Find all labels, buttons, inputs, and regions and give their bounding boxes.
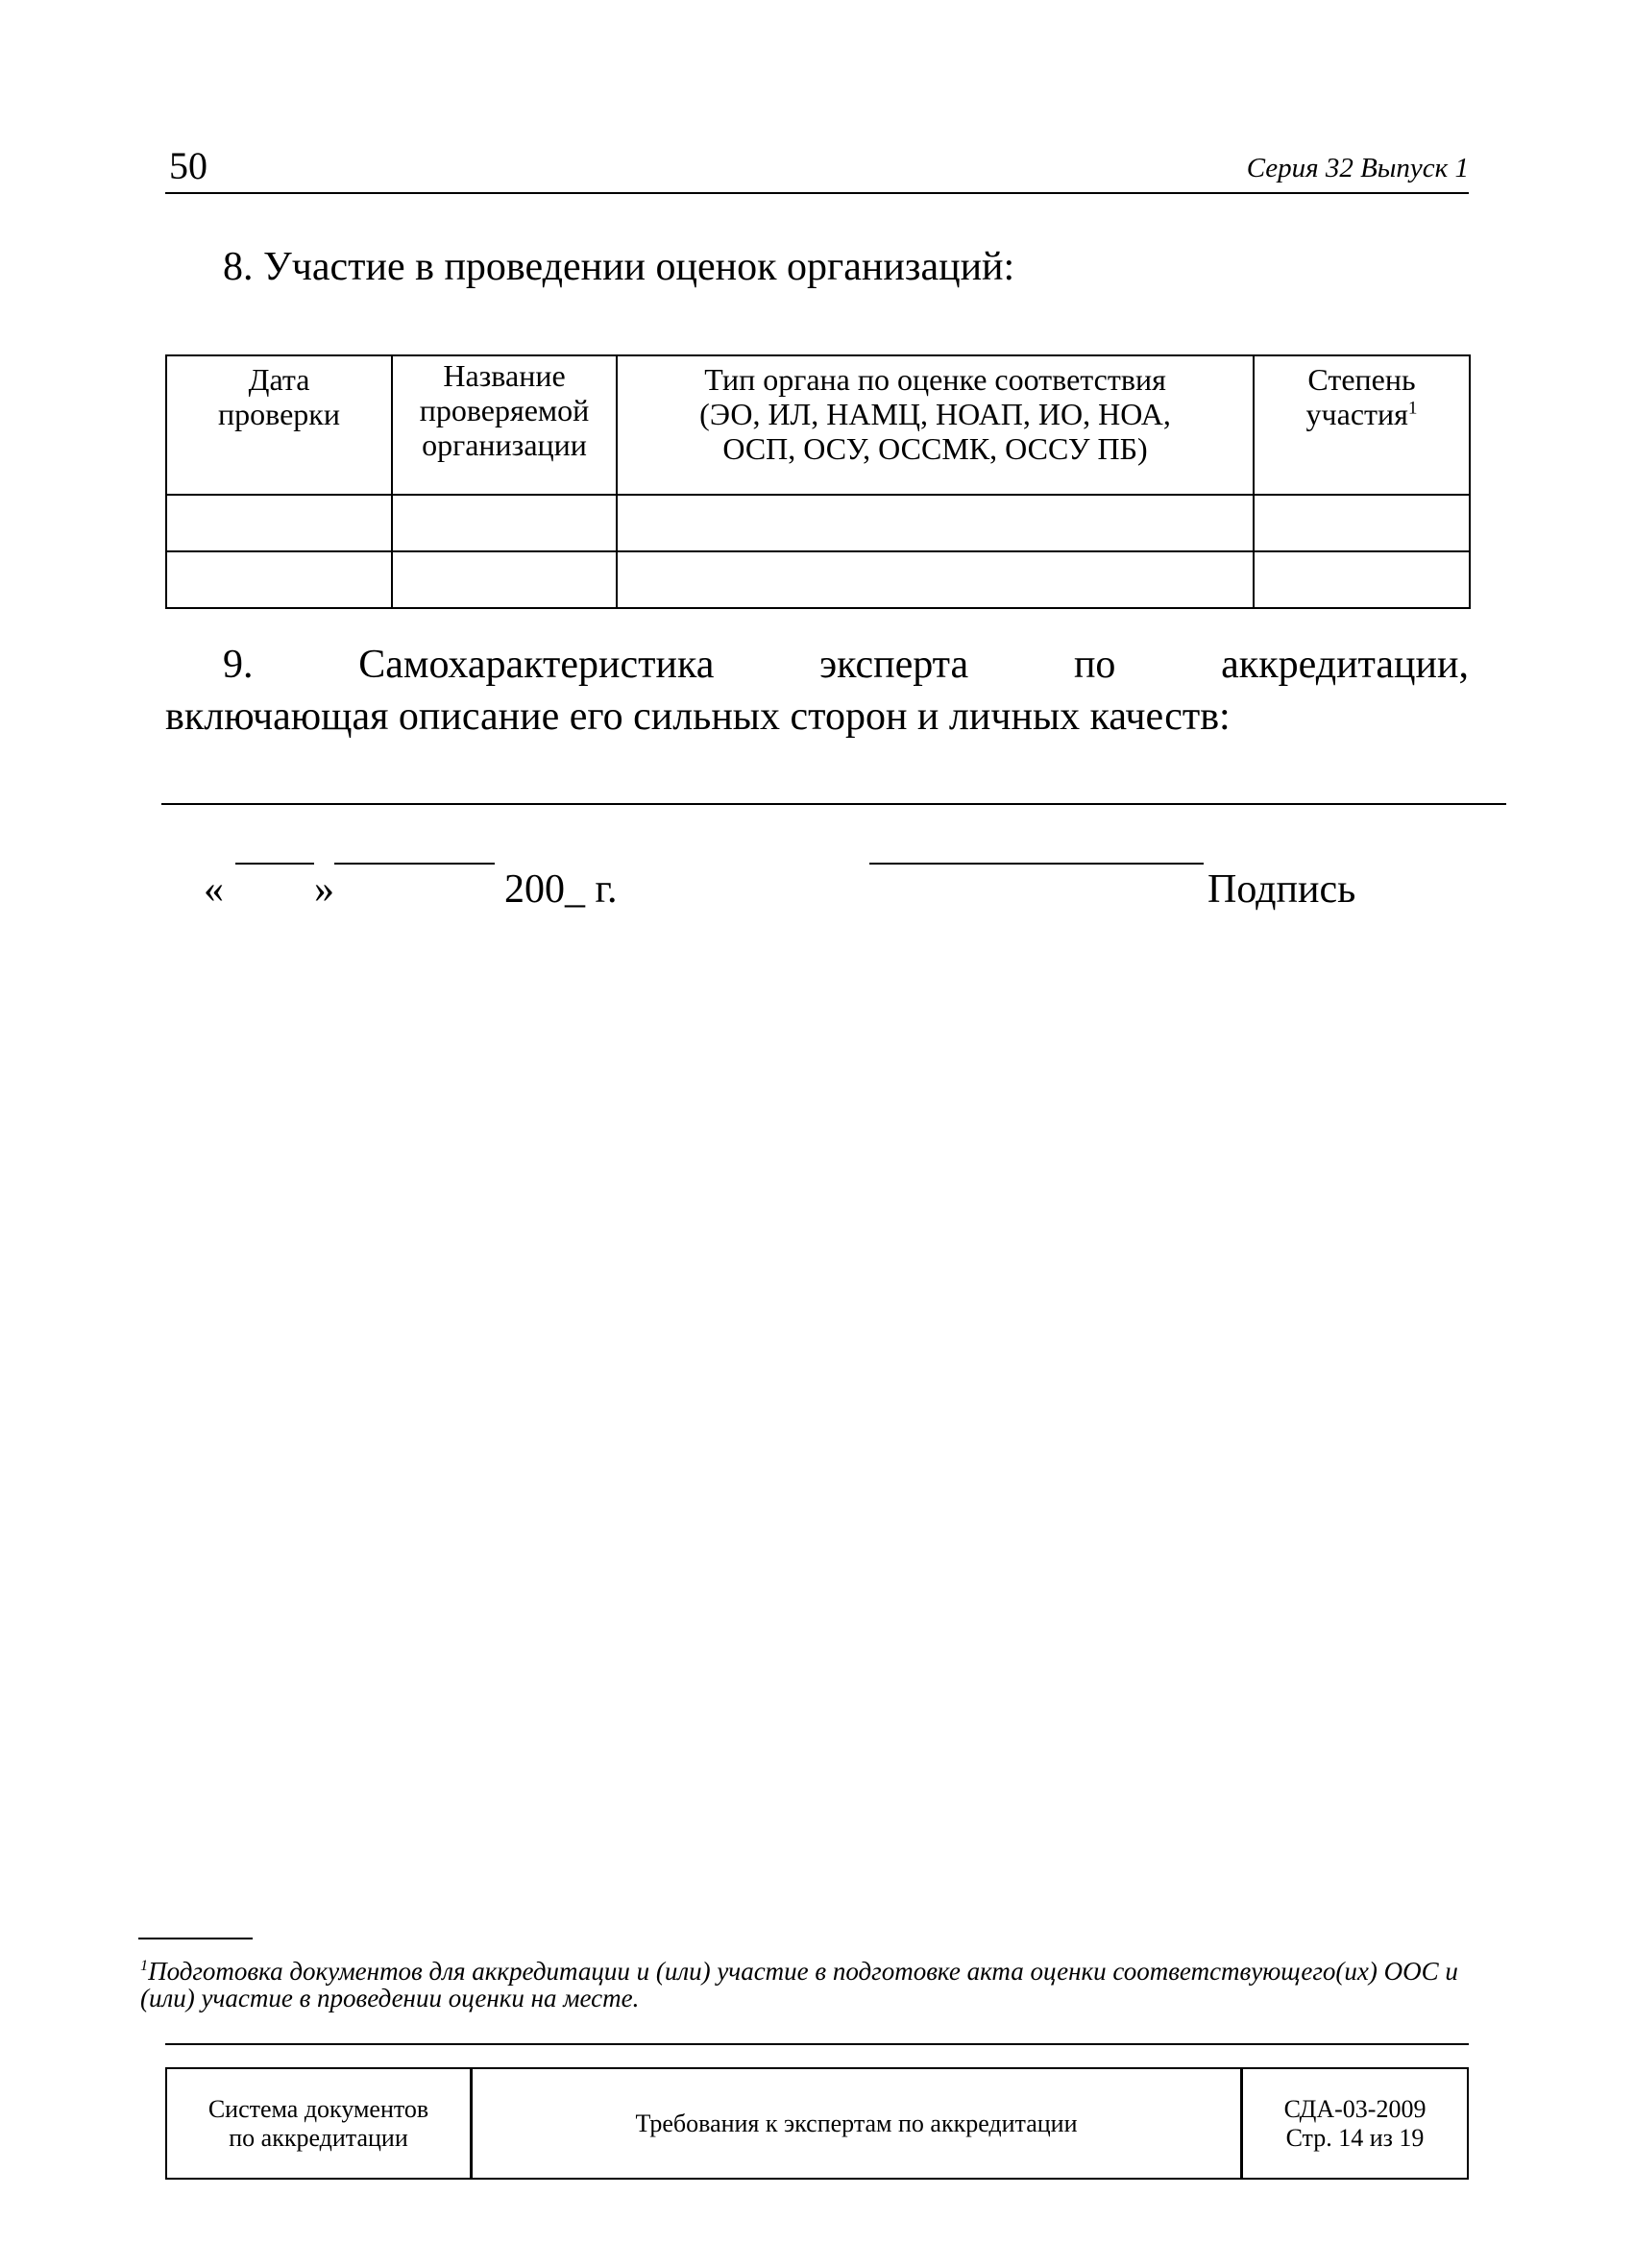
series-label: Серия 32 Выпуск 1 <box>1212 152 1469 184</box>
assessments-table: Дата проверки Название проверяемой орган… <box>165 354 1471 609</box>
column-header-organization: Название проверяемой организации <box>392 355 617 495</box>
date-close-quote: » <box>314 866 334 913</box>
cell-date[interactable] <box>166 495 392 551</box>
date-open-quote: « <box>204 866 224 913</box>
signature-blank[interactable] <box>869 863 1204 865</box>
footnote: 1Подготовка документов для аккредитации … <box>140 1958 1485 2012</box>
cell-body-type[interactable] <box>617 551 1254 608</box>
section-8-heading: 8. Участие в проведении оценок организац… <box>223 242 1014 292</box>
cell-organization[interactable] <box>392 551 617 608</box>
cell-organization[interactable] <box>392 495 617 551</box>
day-blank[interactable] <box>235 863 314 865</box>
cell-date[interactable] <box>166 551 392 608</box>
footer-document-title: Требования к экспертам по аккредитации <box>473 2069 1243 2178</box>
page-number: 50 <box>169 144 207 188</box>
cell-participation-degree[interactable] <box>1254 551 1470 608</box>
section-9-line-1: 9. Самохарактеристика эксперта по аккред… <box>165 639 1469 691</box>
doc-code: СДА-03-2009 <box>1284 2095 1427 2124</box>
page-info: Стр. 14 из 19 <box>1284 2124 1427 2153</box>
footer-doc-info: СДА-03-2009 Стр. 14 из 19 <box>1243 2069 1467 2178</box>
answer-line[interactable] <box>161 803 1506 805</box>
table-row <box>166 495 1470 551</box>
table-row <box>166 551 1470 608</box>
footer-rule <box>165 2043 1469 2045</box>
footnote-separator <box>138 1938 253 1939</box>
footnote-marker: 1 <box>140 1957 148 1974</box>
cell-body-type[interactable] <box>617 495 1254 551</box>
column-header-participation-degree: Степень участия1 <box>1254 355 1470 495</box>
cell-participation-degree[interactable] <box>1254 495 1470 551</box>
date-year: 200_ г. <box>504 866 618 913</box>
section-9-line-2: включающая описание его сильных сторон и… <box>165 691 1469 743</box>
signature-label: Подпись <box>1207 866 1355 913</box>
month-blank[interactable] <box>334 863 495 865</box>
column-header-date: Дата проверки <box>166 355 392 495</box>
section-9-text: 9. Самохарактеристика эксперта по аккред… <box>165 639 1469 743</box>
header-rule <box>165 192 1469 194</box>
column-header-body-type: Тип органа по оценке соответствия (ЭО, И… <box>617 355 1254 495</box>
footer-system-name: Система документов по аккредитации <box>167 2069 473 2178</box>
document-footer: Система документов по аккредитации Требо… <box>165 2067 1469 2180</box>
table-header-row: Дата проверки Название проверяемой орган… <box>166 355 1470 495</box>
footnote-ref: 1 <box>1408 398 1418 418</box>
